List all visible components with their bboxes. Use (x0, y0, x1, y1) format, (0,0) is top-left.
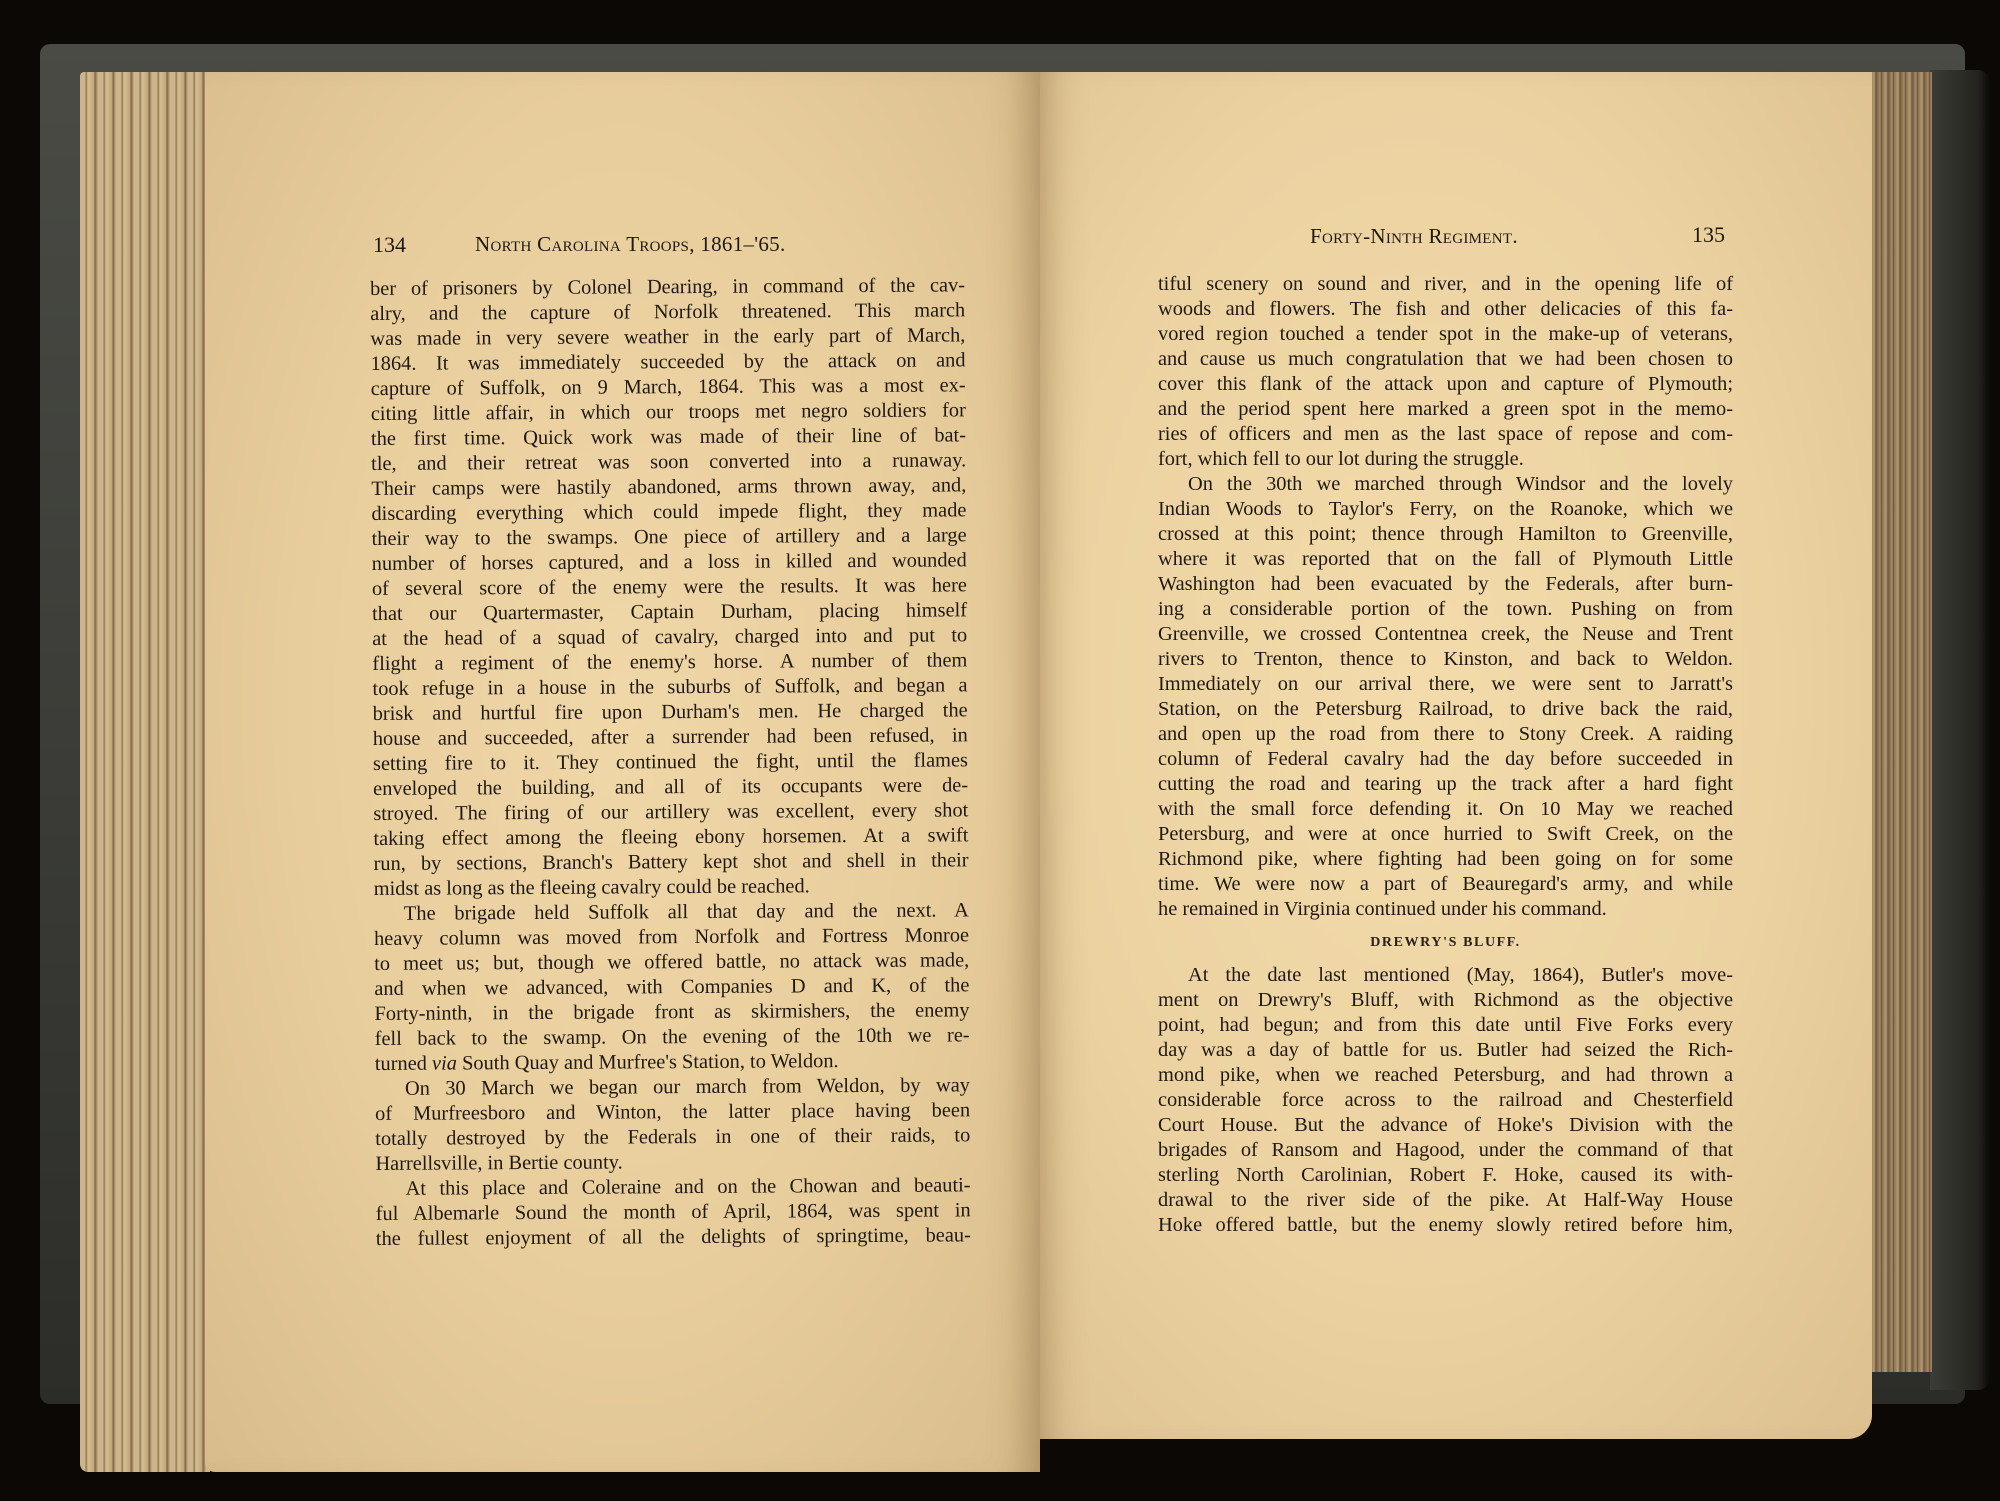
text-line: and when we advanced, with Companies D a… (374, 973, 969, 1002)
page-number: 134 (373, 232, 406, 258)
text-line: ber of prisoners by Colonel Dearing, in … (370, 273, 965, 302)
text-line: the first time. Quick work was made of t… (371, 423, 966, 452)
text-line: 1864. It was immediately succeeded by th… (370, 348, 965, 377)
text-line: taking effect among the fleeing ebony ho… (373, 823, 968, 852)
text-line: and cause us much congratulation that we… (1158, 347, 1733, 372)
text-line: sterling North Carolinian, Robert F. Hok… (1158, 1163, 1733, 1188)
text-line: their way to the swamps. One piece of ar… (372, 523, 967, 552)
text-fragment: turned (375, 1053, 432, 1075)
text-line: the fullest enjoyment of all the delight… (376, 1223, 971, 1252)
text-line: alry, and the capture of Norfolk threate… (370, 298, 965, 327)
text-line: capture of Suffolk, on 9 March, 1864. Th… (371, 373, 966, 402)
text-line: Court House. But the advance of Hoke's D… (1158, 1113, 1733, 1138)
text-line: discarding everything which could impede… (371, 498, 966, 527)
left-page: 134 North Carolina Troops, 1861–'65. ber… (205, 72, 1040, 1472)
text-line: with the small force defending it. On 10… (1158, 797, 1733, 822)
text-line: number of horses captured, and a loss in… (372, 548, 967, 577)
text-line: Washington had been evacuated by the Fed… (1158, 572, 1733, 597)
text-line: Immediately on our arrival there, we wer… (1158, 672, 1733, 697)
text-line: Harrellsville, in Bertie county. (375, 1148, 970, 1177)
text-line: flight a regiment of the enemy's horse. … (372, 648, 967, 677)
text-line: at the head of a squad of cavalry, charg… (372, 623, 967, 652)
text-line: of Murfreesboro and Winton, the latter p… (375, 1098, 970, 1127)
page-number: 135 (1692, 222, 1725, 248)
text-line: to meet us; but, though we offered battl… (374, 948, 969, 977)
text-line: considerable force across to the railroa… (1158, 1088, 1733, 1113)
text-line: of several score of the enemy were the r… (372, 573, 967, 602)
text-line: On 30 March we began our march from Weld… (375, 1073, 970, 1102)
text-line: Station, on the Petersburg Railroad, to … (1158, 697, 1733, 722)
text-line: was made in very severe weather in the e… (370, 323, 965, 352)
text-line: Greenville, we crossed Contentnea creek,… (1158, 622, 1733, 647)
text-line: took refuge in a house in the suburbs of… (372, 673, 967, 702)
text-line: Richmond pike, where fighting had been g… (1158, 847, 1733, 872)
running-head-text: North Carolina Troops, 1861–'65. (475, 232, 786, 256)
text-line: heavy column was moved from Norfolk and … (374, 923, 969, 952)
text-line: Forty-ninth, in the brigade front as ski… (374, 998, 969, 1027)
running-head-text: Forty-Ninth Regiment. (1310, 224, 1518, 248)
left-page-body: ber of prisoners by Colonel Dearing, in … (370, 273, 971, 1252)
text-line: he remained in Virginia continued under … (1158, 897, 1733, 922)
text-line: and open up the road from there to Stony… (1158, 722, 1733, 747)
text-line: brigades of Ransom and Hagood, under the… (1158, 1138, 1733, 1163)
text-line: midst as long as the fleeing cavalry cou… (374, 873, 969, 902)
text-line: fell back to the swamp. On the evening o… (375, 1023, 970, 1052)
text-line: Petersburg, and were at once hurried to … (1158, 822, 1733, 847)
text-line: ment on Drewry's Bluff, with Richmond as… (1158, 988, 1733, 1013)
section-heading: Drewry's Bluff. (1158, 930, 1733, 955)
italic-text: via (432, 1052, 457, 1074)
text-line: run, by sections, Branch's Battery kept … (374, 848, 969, 877)
text-line: drawal to the river side of the pike. At… (1158, 1188, 1733, 1213)
text-line: tle, and their retreat was soon converte… (371, 448, 966, 477)
text-line: At the date last mentioned (May, 1864), … (1158, 963, 1733, 988)
right-page-stack-edges (1870, 72, 1932, 1372)
text-line: day was a day of battle for us. Butler h… (1158, 1038, 1733, 1063)
text-line: tiful scenery on sound and river, and in… (1158, 272, 1733, 297)
running-head: North Carolina Troops, 1861–'65. (475, 232, 786, 257)
text-line: woods and flowers. The fish and other de… (1158, 297, 1733, 322)
text-line: On the 30th we marched through Windsor a… (1158, 472, 1733, 497)
text-line: Their camps were hastily abandoned, arms… (371, 473, 966, 502)
text-line: house and succeeded, after a surrender h… (373, 723, 968, 752)
text-line: cover this flank of the attack upon and … (1158, 372, 1733, 397)
text-line: ries of officers and men as the last spa… (1158, 422, 1733, 447)
text-line: brisk and hurtful fire upon Durham's men… (373, 698, 968, 727)
text-line: that our Quartermaster, Captain Durham, … (372, 598, 967, 627)
text-line: where it was reported that on the fall o… (1158, 547, 1733, 572)
text-line: rivers to Trenton, thence to Kinston, an… (1158, 647, 1733, 672)
text-line: setting fire to it. They continued the f… (373, 748, 968, 777)
text-line: stroyed. The firing of our artillery was… (373, 798, 968, 827)
text-line: column of Federal cavalry had the day be… (1158, 747, 1733, 772)
book-cover-right-edge (1930, 70, 1990, 1390)
text-line: mond pike, when we reached Petersburg, a… (1158, 1063, 1733, 1088)
text-line: and the period spent here marked a green… (1158, 397, 1733, 422)
running-head: Forty-Ninth Regiment. (1310, 224, 1518, 249)
text-line: Hoke offered battle, but the enemy slowl… (1158, 1213, 1733, 1238)
right-page-body: tiful scenery on sound and river, and in… (1158, 272, 1733, 1238)
text-line: totally destroyed by the Federals in one… (375, 1123, 970, 1152)
text-line: point, had begun; and from this date unt… (1158, 1013, 1733, 1038)
text-line: The brigade held Suffolk all that day an… (374, 898, 969, 927)
text-line: crossed at this point; thence through Ha… (1158, 522, 1733, 547)
text-line: cutting the road and tearing up the trac… (1158, 772, 1733, 797)
text-line: turned via South Quay and Murfree's Stat… (375, 1048, 970, 1077)
right-page: Forty-Ninth Regiment. 135 tiful scenery … (1040, 72, 1872, 1439)
text-line: At this place and Coleraine and on the C… (375, 1173, 970, 1202)
text-line: enveloped the building, and all of its o… (373, 773, 968, 802)
text-line: time. We were now a part of Beauregard's… (1158, 872, 1733, 897)
text-line: ing a considerable portion of the town. … (1158, 597, 1733, 622)
text-line: fort, which fell to our lot during the s… (1158, 447, 1733, 472)
text-line: vored region touched a tender spot in th… (1158, 322, 1733, 347)
text-line: Indian Woods to Taylor's Ferry, on the R… (1158, 497, 1733, 522)
left-page-stack-edges (80, 72, 210, 1472)
text-fragment: South Quay and Murfree's Station, to Wel… (457, 1050, 839, 1074)
text-line: citing little affair, in which our troop… (371, 398, 966, 427)
text-line: ful Albemarle Sound the month of April, … (376, 1198, 971, 1227)
